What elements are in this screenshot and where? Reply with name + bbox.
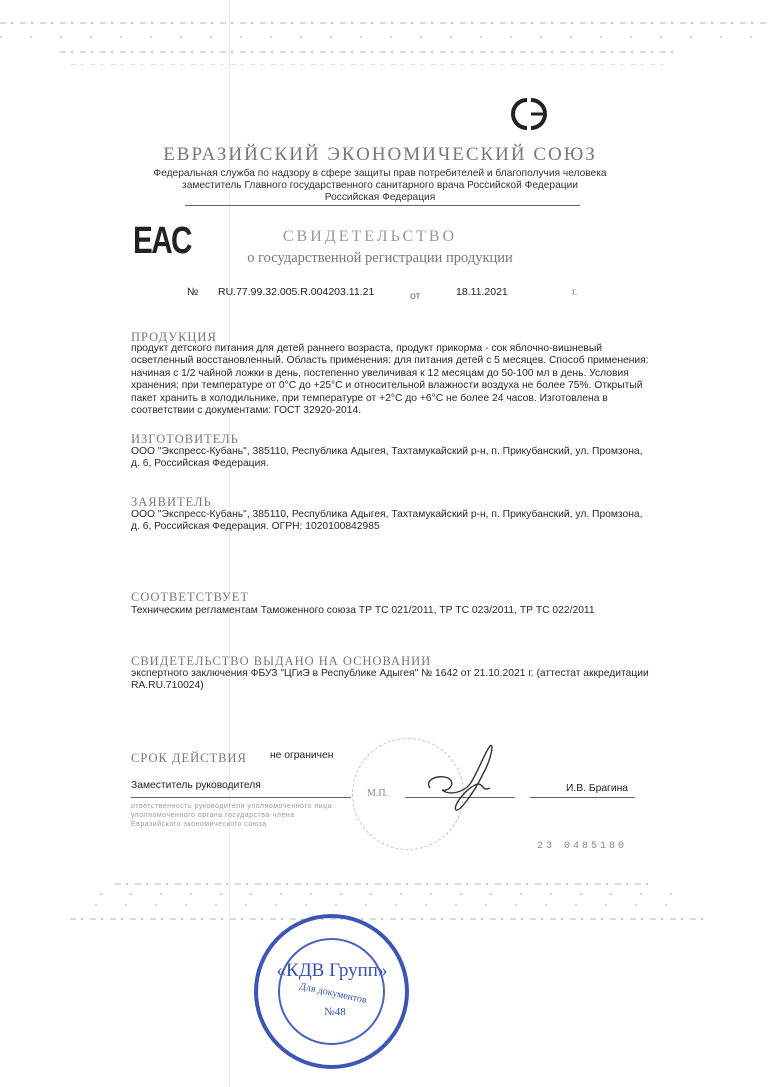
scan-noise	[70, 918, 710, 920]
certificate-date: 18.11.2021	[456, 286, 508, 298]
eac-mark: EAC	[133, 220, 191, 263]
section-title-applicant: ЗАЯВИТЕЛЬ	[131, 495, 212, 510]
signature-footnote: ответственность руководителя уполномочен…	[131, 802, 346, 829]
authority-line: Федеральная служба по надзору в сфере за…	[120, 168, 640, 180]
union-name: ЕВРАЗИЙСКИЙ ЭКОНОМИЧЕСКИЙ СОЮЗ	[120, 144, 640, 166]
certificate-subtitle: о государственной регистрации продукции	[210, 250, 550, 267]
signature-line	[131, 797, 351, 798]
scan-noise	[95, 904, 695, 906]
seal-label: М.П.	[367, 788, 388, 799]
section-title-manufacturer: ИЗГОТОВИТЕЛЬ	[131, 432, 239, 447]
header-divider	[185, 205, 580, 206]
basis-details: экспертного заключения ФБУЗ "ЦГиЭ в Респ…	[131, 668, 651, 693]
handwritten-signature	[420, 740, 510, 820]
stamp-company: «КДВ Групп»	[270, 960, 394, 982]
authority-line: Российская Федерация	[120, 192, 640, 204]
scan-noise	[100, 893, 680, 895]
certificate-number: RU.77.99.32.005.R.004203.11.21	[218, 286, 374, 298]
section-title-conformity: СООТВЕТСТВУЕТ	[131, 590, 249, 605]
certificate-title: СВИДЕТЕЛЬСТВО	[210, 228, 530, 246]
scan-noise	[0, 36, 768, 38]
signatory-position: Заместитель руководителя	[131, 780, 261, 791]
conformity-details: Техническим регламентам Таможенного союз…	[131, 605, 661, 617]
product-description: продукт детского питания для детей ранне…	[131, 343, 651, 417]
section-title-validity: СРОК ДЕЙСТВИЯ	[131, 751, 247, 766]
scan-noise	[60, 51, 680, 53]
date-label: от	[410, 290, 420, 302]
section-title-basis: СВИДЕТЕЛЬСТВО ВЫДАНО НА ОСНОВАНИИ	[131, 654, 431, 669]
stamp-number: №48	[300, 1006, 370, 1018]
form-number: 23 0485180	[537, 841, 627, 852]
number-label: №	[187, 286, 198, 298]
signatory-name: И.В. Брагина	[566, 783, 628, 794]
year-suffix: г.	[572, 286, 577, 298]
manufacturer-details: ООО "Экспресс-Кубань", 385110, Республик…	[131, 446, 651, 471]
scan-noise	[115, 883, 655, 885]
signature-line	[530, 797, 635, 798]
applicant-details: ООО "Экспресс-Кубань", 385110, Республик…	[131, 509, 651, 534]
issuing-authority: Федеральная служба по надзору в сфере за…	[120, 168, 640, 204]
scan-noise	[0, 22, 768, 24]
customs-union-logo-icon	[507, 96, 551, 132]
validity-value: не ограничен	[270, 750, 333, 761]
authority-line: заместитель Главного государственного са…	[120, 180, 640, 192]
scan-noise	[70, 64, 670, 65]
